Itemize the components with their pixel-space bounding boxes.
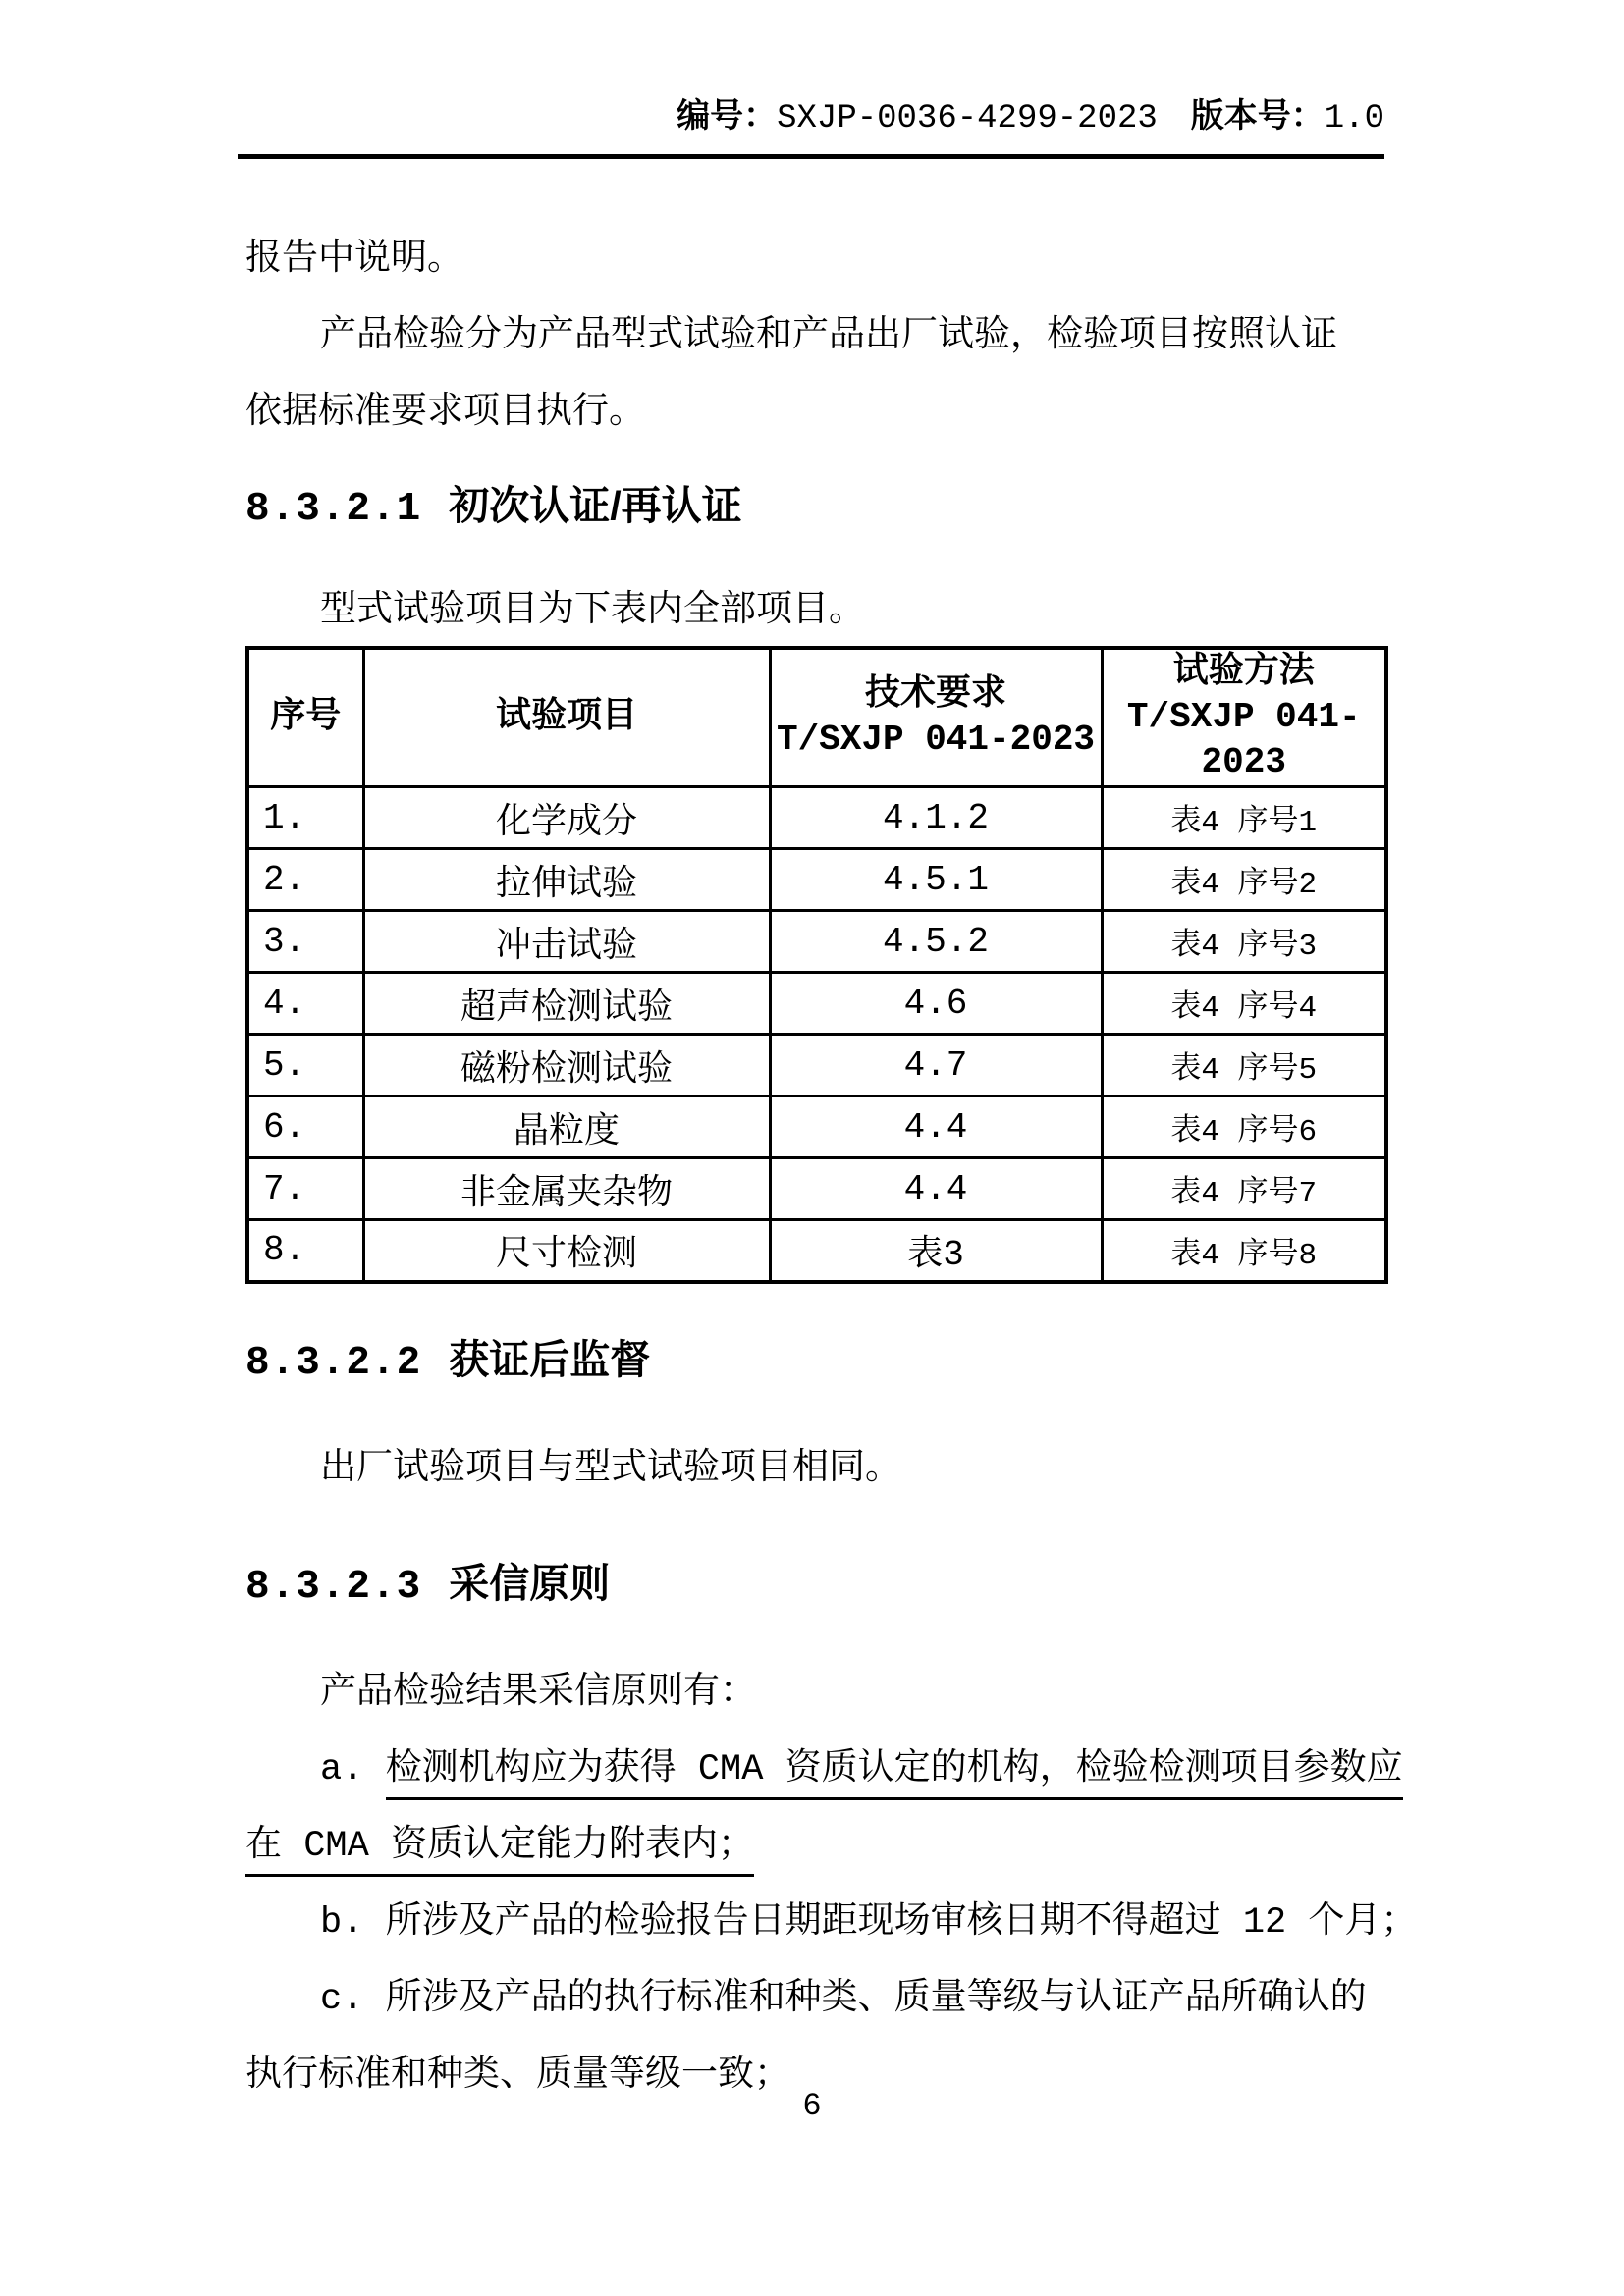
type-test-items-table: 序号 试验项目 技术要求 T/SXJP 041-2023 试验方法 T/SXJP… — [245, 646, 1388, 1284]
section-heading-8321: 8.3.2.1初次认证/再认证 — [245, 481, 1384, 534]
header-method-line1: 试验方法 — [1104, 650, 1385, 695]
section-number: 8.3.2.3 — [245, 1565, 421, 1610]
header-cell-item: 试验项目 — [363, 648, 770, 787]
paragraph-line: 依据标准要求项目执行。 — [245, 391, 1384, 436]
table-header-row: 序号 试验项目 技术要求 T/SXJP 041-2023 试验方法 T/SXJP… — [247, 648, 1386, 787]
paragraph-line: 报告中说明。 — [245, 238, 1384, 283]
cell-no: 3. — [247, 911, 363, 973]
table-row: 5. 磁粉检测试验 4.7 表4 序号5 — [247, 1035, 1386, 1096]
document-page: 编号：SXJP-0036-4299-2023版本号：1.0 报告中说明。 产品检… — [0, 0, 1624, 2296]
cell-method: 表4 序号5 — [1102, 1035, 1386, 1096]
cell-req: 4.5.1 — [770, 849, 1102, 911]
cell-no: 5. — [247, 1035, 363, 1096]
version-value: 1.0 — [1325, 100, 1384, 137]
cell-method: 表4 序号3 — [1102, 911, 1386, 973]
header-cell-no: 序号 — [247, 648, 363, 787]
cell-no: 4. — [247, 973, 363, 1035]
table-row: 6. 晶粒度 4.4 表4 序号6 — [247, 1096, 1386, 1158]
cell-method: 表4 序号7 — [1102, 1158, 1386, 1220]
header-method-line2: T/SXJP 041-2023 — [1104, 695, 1385, 785]
section-number: 8.3.2.2 — [245, 1341, 421, 1386]
paragraph-line: 产品检验分为产品型式试验和产品出厂试验，检验项目按照认证 — [245, 314, 1384, 359]
header-req-line1: 技术要求 — [772, 672, 1101, 718]
cell-req: 4.4 — [770, 1158, 1102, 1220]
cell-no: 2. — [247, 849, 363, 911]
table-row: 7. 非金属夹杂物 4.4 表4 序号7 — [247, 1158, 1386, 1220]
clause-b-line: b. 所涉及产品的检验报告日期距现场审核日期不得超过 12 个月； — [245, 1900, 1384, 1946]
cell-item: 拉伸试验 — [363, 849, 770, 911]
cell-req: 4.6 — [770, 973, 1102, 1035]
cell-method: 表4 序号6 — [1102, 1096, 1386, 1158]
cell-item: 非金属夹杂物 — [363, 1158, 770, 1220]
header-cell-method: 试验方法 T/SXJP 041-2023 — [1102, 648, 1386, 787]
cell-req: 表3 — [770, 1220, 1102, 1282]
cell-req: 4.7 — [770, 1035, 1102, 1096]
cell-item: 超声检测试验 — [363, 973, 770, 1035]
paragraph-line: 型式试验项目为下表内全部项目。 — [245, 589, 1384, 634]
table-row: 1. 化学成分 4.1.2 表4 序号1 — [247, 787, 1386, 849]
page-number: 6 — [0, 2087, 1624, 2126]
clause-c-line1: c. 所涉及产品的执行标准和种类、质量等级与认证产品所确认的 — [245, 1977, 1384, 2022]
header-req-line2: T/SXJP 041-2023 — [772, 718, 1101, 763]
cell-item: 化学成分 — [363, 787, 770, 849]
clause-a-underlined-text: 在 CMA 资质认定能力附表内； — [245, 1826, 754, 1877]
paragraph-line: 产品检验结果采信原则有： — [245, 1671, 1384, 1716]
section-heading-8323: 8.3.2.3采信原则 — [245, 1559, 1384, 1612]
paragraph-line: 出厂试验项目与型式试验项目相同。 — [245, 1447, 1384, 1492]
table-row: 2. 拉伸试验 4.5.1 表4 序号2 — [247, 849, 1386, 911]
cell-req: 4.4 — [770, 1096, 1102, 1158]
cell-method: 表4 序号4 — [1102, 973, 1386, 1035]
doc-number-value: SXJP-0036-4299-2023 — [777, 100, 1158, 137]
document-header: 编号：SXJP-0036-4299-2023版本号：1.0 — [245, 0, 1384, 140]
section-title: 初次认证/再认证 — [449, 483, 741, 528]
cell-item: 晶粒度 — [363, 1096, 770, 1158]
cell-method: 表4 序号2 — [1102, 849, 1386, 911]
table-row: 4. 超声检测试验 4.6 表4 序号4 — [247, 973, 1386, 1035]
table-row: 3. 冲击试验 4.5.2 表4 序号3 — [247, 911, 1386, 973]
cell-req: 4.1.2 — [770, 787, 1102, 849]
header-divider — [238, 154, 1384, 159]
cell-method: 表4 序号8 — [1102, 1220, 1386, 1282]
clause-a-line2: 在 CMA 资质认定能力附表内； — [245, 1824, 1384, 1869]
version-label: 版本号： — [1191, 97, 1325, 134]
clause-a-prefix: a. — [320, 1749, 386, 1790]
table-row: 8. 尺寸检测 表3 表4 序号8 — [247, 1220, 1386, 1282]
cell-req: 4.5.2 — [770, 911, 1102, 973]
cell-item: 尺寸检测 — [363, 1220, 770, 1282]
section-heading-8322: 8.3.2.2获证后监督 — [245, 1335, 1384, 1388]
cell-no: 8. — [247, 1220, 363, 1282]
clause-a-line1: a. 检测机构应为获得 CMA 资质认定的机构，检验检测项目参数应 — [245, 1747, 1384, 1792]
cell-item: 冲击试验 — [363, 911, 770, 973]
section-title: 采信原则 — [449, 1561, 610, 1606]
page-content: 编号：SXJP-0036-4299-2023版本号：1.0 报告中说明。 产品检… — [245, 0, 1384, 2099]
cell-no: 6. — [247, 1096, 363, 1158]
cell-no: 1. — [247, 787, 363, 849]
header-cell-req: 技术要求 T/SXJP 041-2023 — [770, 648, 1102, 787]
section-number: 8.3.2.1 — [245, 487, 421, 532]
clause-a-underlined-text: 检测机构应为获得 CMA 资质认定的机构，检验检测项目参数应 — [386, 1749, 1403, 1800]
table-header: 序号 试验项目 技术要求 T/SXJP 041-2023 试验方法 T/SXJP… — [247, 648, 1386, 787]
cell-item: 磁粉检测试验 — [363, 1035, 770, 1096]
doc-number-label: 编号： — [677, 97, 777, 134]
section-title: 获证后监督 — [449, 1337, 650, 1382]
cell-no: 7. — [247, 1158, 363, 1220]
cell-method: 表4 序号1 — [1102, 787, 1386, 849]
